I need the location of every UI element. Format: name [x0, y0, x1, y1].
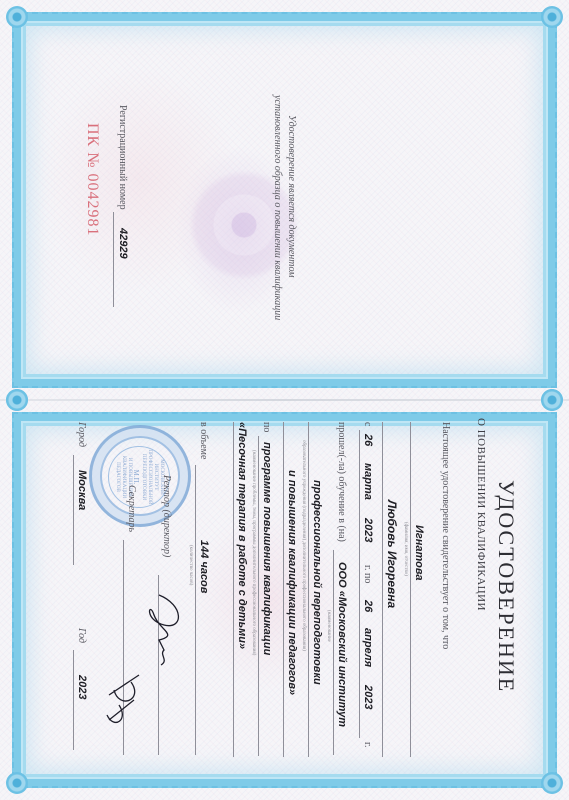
certificate-subtitle: О ПОВЫШЕНИИ КВАЛИФИКАЦИИ: [475, 418, 487, 611]
validity-note-line2: установленного образца о повышении квали…: [272, 95, 283, 320]
intro-text: Настоящее удостоверение свидетельствует …: [440, 422, 451, 649]
program-line1: программе повышения квалификации: [261, 442, 273, 655]
to-day: 26: [362, 600, 374, 612]
corner-ornament-icon: [541, 6, 563, 28]
year-label: Год: [76, 628, 87, 643]
corner-ornament-icon: [6, 389, 28, 411]
program-line-2: [233, 422, 234, 757]
secretary-signature: [99, 670, 149, 740]
year-line: [73, 650, 74, 750]
study-label: прошел(-ла) обучение в (на): [336, 422, 347, 542]
from-month: марта: [362, 463, 374, 500]
to-year: 2023: [362, 685, 374, 709]
rector-signature: [139, 590, 189, 670]
program-prefix: по: [261, 422, 272, 432]
stamp-text: М.П.: [132, 470, 140, 485]
volume-value: 144 часов: [198, 540, 210, 593]
from-day: 26: [362, 434, 374, 446]
corner-ornament-icon: [541, 772, 563, 794]
right-page: УДОСТОВЕРЕНИЕ О ПОВЫШЕНИИ КВАЛИФИКАЦИИ Н…: [0, 400, 569, 800]
given-names: Любовь Игоревна: [385, 500, 399, 608]
city: Москва: [76, 470, 88, 510]
name-caption: (фамилия, имя, отчество): [403, 522, 408, 576]
name-line: [410, 422, 411, 757]
year-suffix: г.: [362, 742, 373, 747]
stamp-text: ПЕРЕПОДГОТОВКИ: [140, 454, 146, 500]
registration-label: Регистрационный номер: [117, 105, 128, 210]
institution-line3: и повышения квалификации педагогов»: [286, 470, 298, 695]
secretary-label: Секретарь: [126, 485, 137, 532]
corner-ornament-icon: [541, 389, 563, 411]
city-label: Город: [76, 422, 87, 447]
program-caption: (наименование проблемы, темы, программы …: [251, 450, 256, 655]
volume-caption: (количество часов): [188, 545, 193, 585]
left-page: Удостоверение является документом устано…: [0, 0, 569, 400]
from-prefix: с: [362, 422, 373, 426]
serial-number: ПК № 0042981: [83, 123, 101, 237]
validity-note-line1: Удостоверение является документом: [286, 115, 297, 277]
institution-caption1: (наименование: [326, 610, 331, 642]
rector-label: Ректор (директор): [161, 475, 172, 557]
stamp-text: КВАЛИФИКАЦИИ: [120, 456, 126, 498]
institution-line: [333, 550, 334, 755]
corner-ornament-icon: [6, 772, 28, 794]
program-line2: «Песочная терапия в работе с детьми»: [236, 422, 248, 649]
corner-ornament-icon: [6, 6, 28, 28]
institution-line1: ООО «Московский институт: [336, 562, 348, 727]
institution-stamp: МОСКОВСКИЙ ИНСТИТУТ ПРОФЕССИОНАЛЬНОЙ ПЕР…: [89, 425, 191, 527]
date-line: [359, 430, 360, 738]
institution-line2: профессиональной переподготовки: [311, 480, 323, 685]
name-line-2: [382, 422, 383, 757]
institution-line-2: [308, 422, 309, 757]
year: 2023: [76, 675, 88, 699]
registration-line: [113, 212, 114, 307]
surname: Игнатова: [413, 525, 425, 581]
stamp-text: ПРОФЕССИОНАЛЬНОЙ: [146, 449, 152, 504]
from-year: 2023: [362, 518, 374, 542]
volume-line: [195, 465, 196, 755]
to-month: апреля: [362, 628, 374, 667]
institution-caption2: образовательного учреждения (подразделен…: [301, 440, 306, 651]
program-line: [258, 436, 259, 756]
volume-prefix: в объеме: [198, 422, 209, 459]
institution-line-3: [283, 422, 284, 757]
registration-number: 42929: [117, 228, 129, 259]
city-line: [73, 455, 74, 565]
certificate-document: Удостоверение является документом устано…: [0, 0, 569, 800]
certificate-title: УДОСТОВЕРЕНИЕ: [493, 480, 519, 693]
stamp-text: ПЕДАГОГОВ: [114, 462, 120, 492]
to-prefix: г. по: [362, 565, 373, 583]
